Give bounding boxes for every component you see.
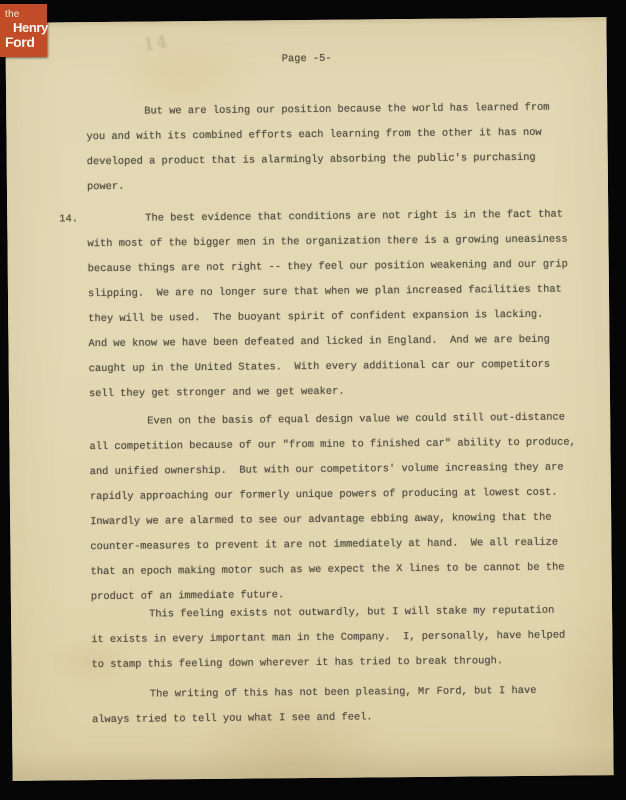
paragraph: But we are losing our position because t… <box>86 95 579 200</box>
text-line: to stamp this feeling down wherever it h… <box>91 648 583 678</box>
paragraph-number: 14. <box>59 207 78 232</box>
text-line: The writing of this has not been pleasin… <box>92 678 584 708</box>
text-line: caught up in the United States. With eve… <box>89 352 581 382</box>
text-line: developed a product that is alarmingly a… <box>87 145 579 175</box>
logo-word-the: the <box>5 9 20 20</box>
text-line: it exists in every important man in the … <box>91 623 583 653</box>
paragraph: 14.The best evidence that conditions are… <box>87 202 581 407</box>
document-body: But we are losing our position because t… <box>5 17 613 781</box>
scan-viewer: 14 Page -5- But we are losing our positi… <box>0 0 626 800</box>
text-line: sell they get stronger and we get weaker… <box>89 377 581 407</box>
text-line: always tried to tell you what I see and … <box>92 703 584 733</box>
paragraph: This feeling exists not outwardly, but I… <box>91 598 584 678</box>
henry-ford-logo: the Henry Ford <box>0 4 47 57</box>
paragraph: The writing of this has not been pleasin… <box>92 678 584 733</box>
text-line: that an epoch making motor such as we ex… <box>91 555 583 585</box>
logo-word-ford: Ford <box>5 34 35 50</box>
typewritten-layer: Page -5- But we are losing our position … <box>5 17 613 781</box>
logo-word-henry: Henry <box>13 20 48 35</box>
paragraph: Even on the basis of equal design value … <box>89 405 583 610</box>
text-line: power. <box>87 170 579 200</box>
document-page: 14 Page -5- But we are losing our positi… <box>5 17 613 781</box>
